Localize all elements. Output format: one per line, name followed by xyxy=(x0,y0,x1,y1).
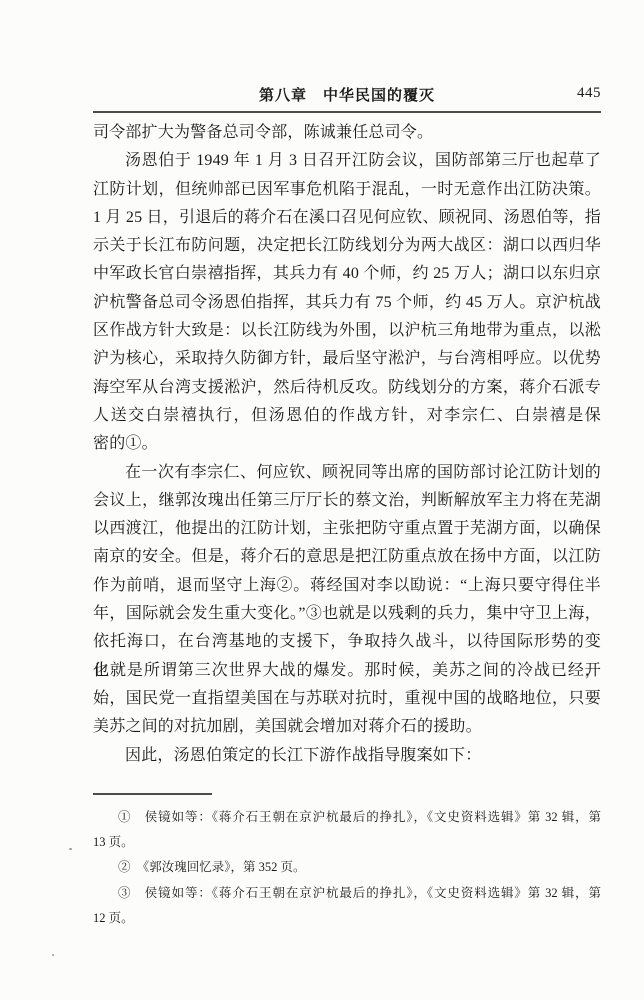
body-text-line: 作为前哨，退而坚守上海②。蒋经国对李以劻说：“上海只要守得住半 xyxy=(93,572,601,600)
body-text-line: 在一次有李宗仁、何应钦、顾祝同等出席的国防部讨论江防计划的 xyxy=(93,459,601,487)
body-text-line: 依托海口，在台湾基地的支援下，争取持久战斗，以待国际形势的变化， xyxy=(93,628,601,656)
footnote-line: ① 侯镜如等：《蒋介石王朝在京沪杭最后的挣扎》，《文史资料选辑》第 32 辑，第 xyxy=(93,805,601,830)
body-text-line: 美苏之间的对抗加剧，美国就会增加对蒋介石的援助。 xyxy=(93,713,601,741)
body-text-line: 司令部扩大为警备总司令部，陈诚兼任总司令。 xyxy=(93,119,601,147)
footnote-separator xyxy=(93,793,212,795)
footnote-line: 13 页。 xyxy=(93,830,601,855)
body-text-line: 沪杭警备总司令汤恩伯指挥，其兵力有 75 个师，约 45 万人。京沪杭战 xyxy=(93,289,601,317)
page-number: 445 xyxy=(577,85,601,102)
body-text-line: 1 月 25 日，引退后的蒋介石在溪口召见何应钦、顾祝同、汤恩伯等，指 xyxy=(93,204,601,232)
body-text-line: 人送交白崇禧执行，但汤恩伯的作战方针，对李宗仁、白崇禧是保 xyxy=(93,402,601,430)
body-text-line: 因此，汤恩伯策定的长江下游作战指导腹案如下： xyxy=(93,742,601,770)
body-text-line: 始，国民党一直指望美国在与苏联对抗时，重视中国的战略地位，只要 xyxy=(93,685,601,713)
footnote-line: ② 《郭汝瑰回忆录》，第 352 页。 xyxy=(93,855,601,880)
body-text-line: 密的①。 xyxy=(93,430,601,458)
footnotes: ① 侯镜如等：《蒋介石王朝在京沪杭最后的挣扎》，《文史资料选辑》第 32 辑，第… xyxy=(93,805,601,931)
body-text-line: 会议上，继郭汝瑰出任第三厅厅长的蔡文治，判断解放军主力将在芜湖 xyxy=(93,487,601,515)
footnote-line: ③ 侯镜如等：《蒋介石王朝在京沪杭最后的挣扎》，《文史资料选辑》第 32 辑，第 xyxy=(93,881,601,906)
scan-speck xyxy=(52,954,54,956)
book-page: 第八章 中华民国的覆灭 445 司令部扩大为警备总司令部，陈诚兼任总司令。 汤恩… xyxy=(0,0,644,1000)
body-text-line: 也就是所谓第三次世界大战的爆发。那时候，美苏之间的冷战已经开 xyxy=(93,657,601,685)
body-text-line: 海空军从台湾支援淞沪，然后待机反攻。防线划分的方案，蒋介石派专 xyxy=(93,374,601,402)
body-text: 司令部扩大为警备总司令部，陈诚兼任总司令。 汤恩伯于 1949 年 1 月 3 … xyxy=(93,119,601,770)
body-text-line: 中军政长官白崇禧指挥，其兵力有 40 个师，约 25 万人；湖口以东归京 xyxy=(93,260,601,288)
body-text-line: 年，国际就会发生重大变化。”③也就是以残剩的兵力，集中守卫上海， xyxy=(93,600,601,628)
chapter-title: 第八章 中华民国的覆灭 xyxy=(93,84,601,105)
body-text-line: 江防计划，但统帅部已因军事危机陷于混乱，一时无意作出江防决策。 xyxy=(93,176,601,204)
body-text-line: 汤恩伯于 1949 年 1 月 3 日召开江防会议，国防部第三厅也起草了 xyxy=(93,147,601,175)
body-text-line: 以西渡江，他提出的江防计划，主张把防守重点置于芜湖方面，以确保 xyxy=(93,515,601,543)
header-rule xyxy=(93,111,601,113)
body-text-line: 南京的安全。但是，蒋介石的意思是把江防重点放在扬中方面，以江防 xyxy=(93,543,601,571)
footnote-line: 12 页。 xyxy=(93,906,601,931)
running-head: 第八章 中华民国的覆灭 445 xyxy=(93,84,601,106)
body-text-line: 沪为核心，采取持久防御方针，最后坚守淞沪，与台湾相呼应。以优势 xyxy=(93,345,601,373)
scan-speck xyxy=(69,848,72,850)
body-text-line: 区作战方针大致是：以长江防线为外围，以沪杭三角地带为重点，以淞 xyxy=(93,317,601,345)
body-text-line: 示关于长江布防问题，决定把长江防线划分为两大战区：湖口以西归华 xyxy=(93,232,601,260)
